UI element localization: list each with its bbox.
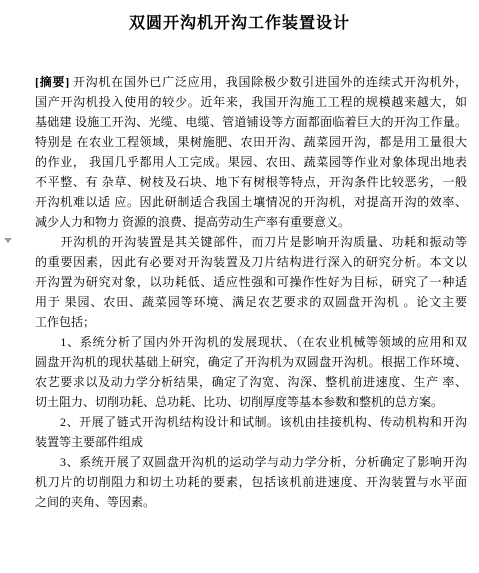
text-line: 国产开沟机投入使用的较少。近年来，我国开沟施工工程的规模越来越大，如	[35, 92, 467, 112]
abstract-label: [摘要]	[35, 75, 73, 89]
text-line: 工作包括；	[35, 312, 467, 332]
text-line: 开沟置为研究对象，以功耗低、适应性强和可操作性好为目标，研究了一种适	[35, 272, 467, 292]
text-line: 开沟机难以适 应。因此研制适合我国土壤情况的开沟机，对提高开沟的效率、	[35, 192, 467, 212]
text-line: 不平整、有 杂草、树枝及石块、地下有树根等特点，开沟条件比较恶劣，一般	[35, 172, 467, 192]
text-line: 的重要因素，因此有必要对开沟装置及刀片结构进行深入的研究分析。本文以	[35, 252, 467, 272]
text-line: 基础建 设施工开沟、光缆、电缆、管道铺设等方面都面临着巨大的开沟工作量。	[35, 112, 467, 132]
keywords-line: [关键词] 双圆盘开沟机 设计	[35, 534, 467, 554]
document-body: [摘要] 开沟机在国外已广泛应用，我国除极少数引进国外的连续式开沟机外，国产开沟…	[35, 72, 467, 512]
text-line: 切土阻力、切削功耗、总功耗、比功、切削厚度等基本参数和整机的总方案。	[35, 392, 467, 412]
text-line: 的作业， 我国几乎都用人工完成。果园、农田、蔬菜园等作业对象体现出地表	[35, 152, 467, 172]
text-line: 1、系统分析了国内外开沟机的发展现状、（在农业机械等领域的应用和双	[35, 332, 467, 352]
text-line: 农艺要求以及动力学分析结果，确定了沟宽、沟深、整机前进速度、生产 率、	[35, 372, 467, 392]
text-line: 特别是 在农业工程领域，果树施肥、农田开沟、蔬菜园开沟，都是用工量很大	[35, 132, 467, 152]
text-line: 开沟机的开沟装置是其关键部件，而刀片是影响开沟质量、功耗和振动等	[35, 232, 467, 252]
text-line: 装置等主要部件组成	[35, 432, 467, 452]
page-title: 双圆开沟机开沟工作装置设计	[0, 12, 479, 36]
text-line: 3、系统开展了双圆盘开沟机的运动学与动力学分析，分析确定了影响开沟	[35, 452, 467, 472]
text-line: 2、开展了链式开沟机结构设计和试制。该机由挂接机构、传动机构和开沟	[35, 412, 467, 432]
text-line: 机刀片的切削阻力和切土功耗的要素，包括该机前进速度、开沟装置与水平面	[35, 472, 467, 492]
document-page: 双圆开沟机开沟工作装置设计 [摘要] 开沟机在国外已广泛应用，我国除极少数引进国…	[0, 0, 479, 573]
text-line: 用于 果园、农田、蔬菜园等环境、满足农艺要求的双圆盘开沟机 。论文主要	[35, 292, 467, 312]
down-triangle-icon	[4, 238, 12, 243]
text-line: [摘要] 开沟机在国外已广泛应用，我国除极少数引进国外的连续式开沟机外，	[35, 72, 467, 92]
text-line: 圆盘开沟机的现状基础上研究，确定了开沟机为双圆盘开沟机。根据工作环境、	[35, 352, 467, 372]
text-line: 之间的夹角、等因素。	[35, 492, 467, 512]
text-line: 减少人力和物力 资源的浪费、提高劳动生产率有重要意义。	[35, 212, 467, 232]
text-run: 开沟机在国外已广泛应用，我国除极少数引进国外的连续式开沟机外，	[73, 75, 467, 89]
